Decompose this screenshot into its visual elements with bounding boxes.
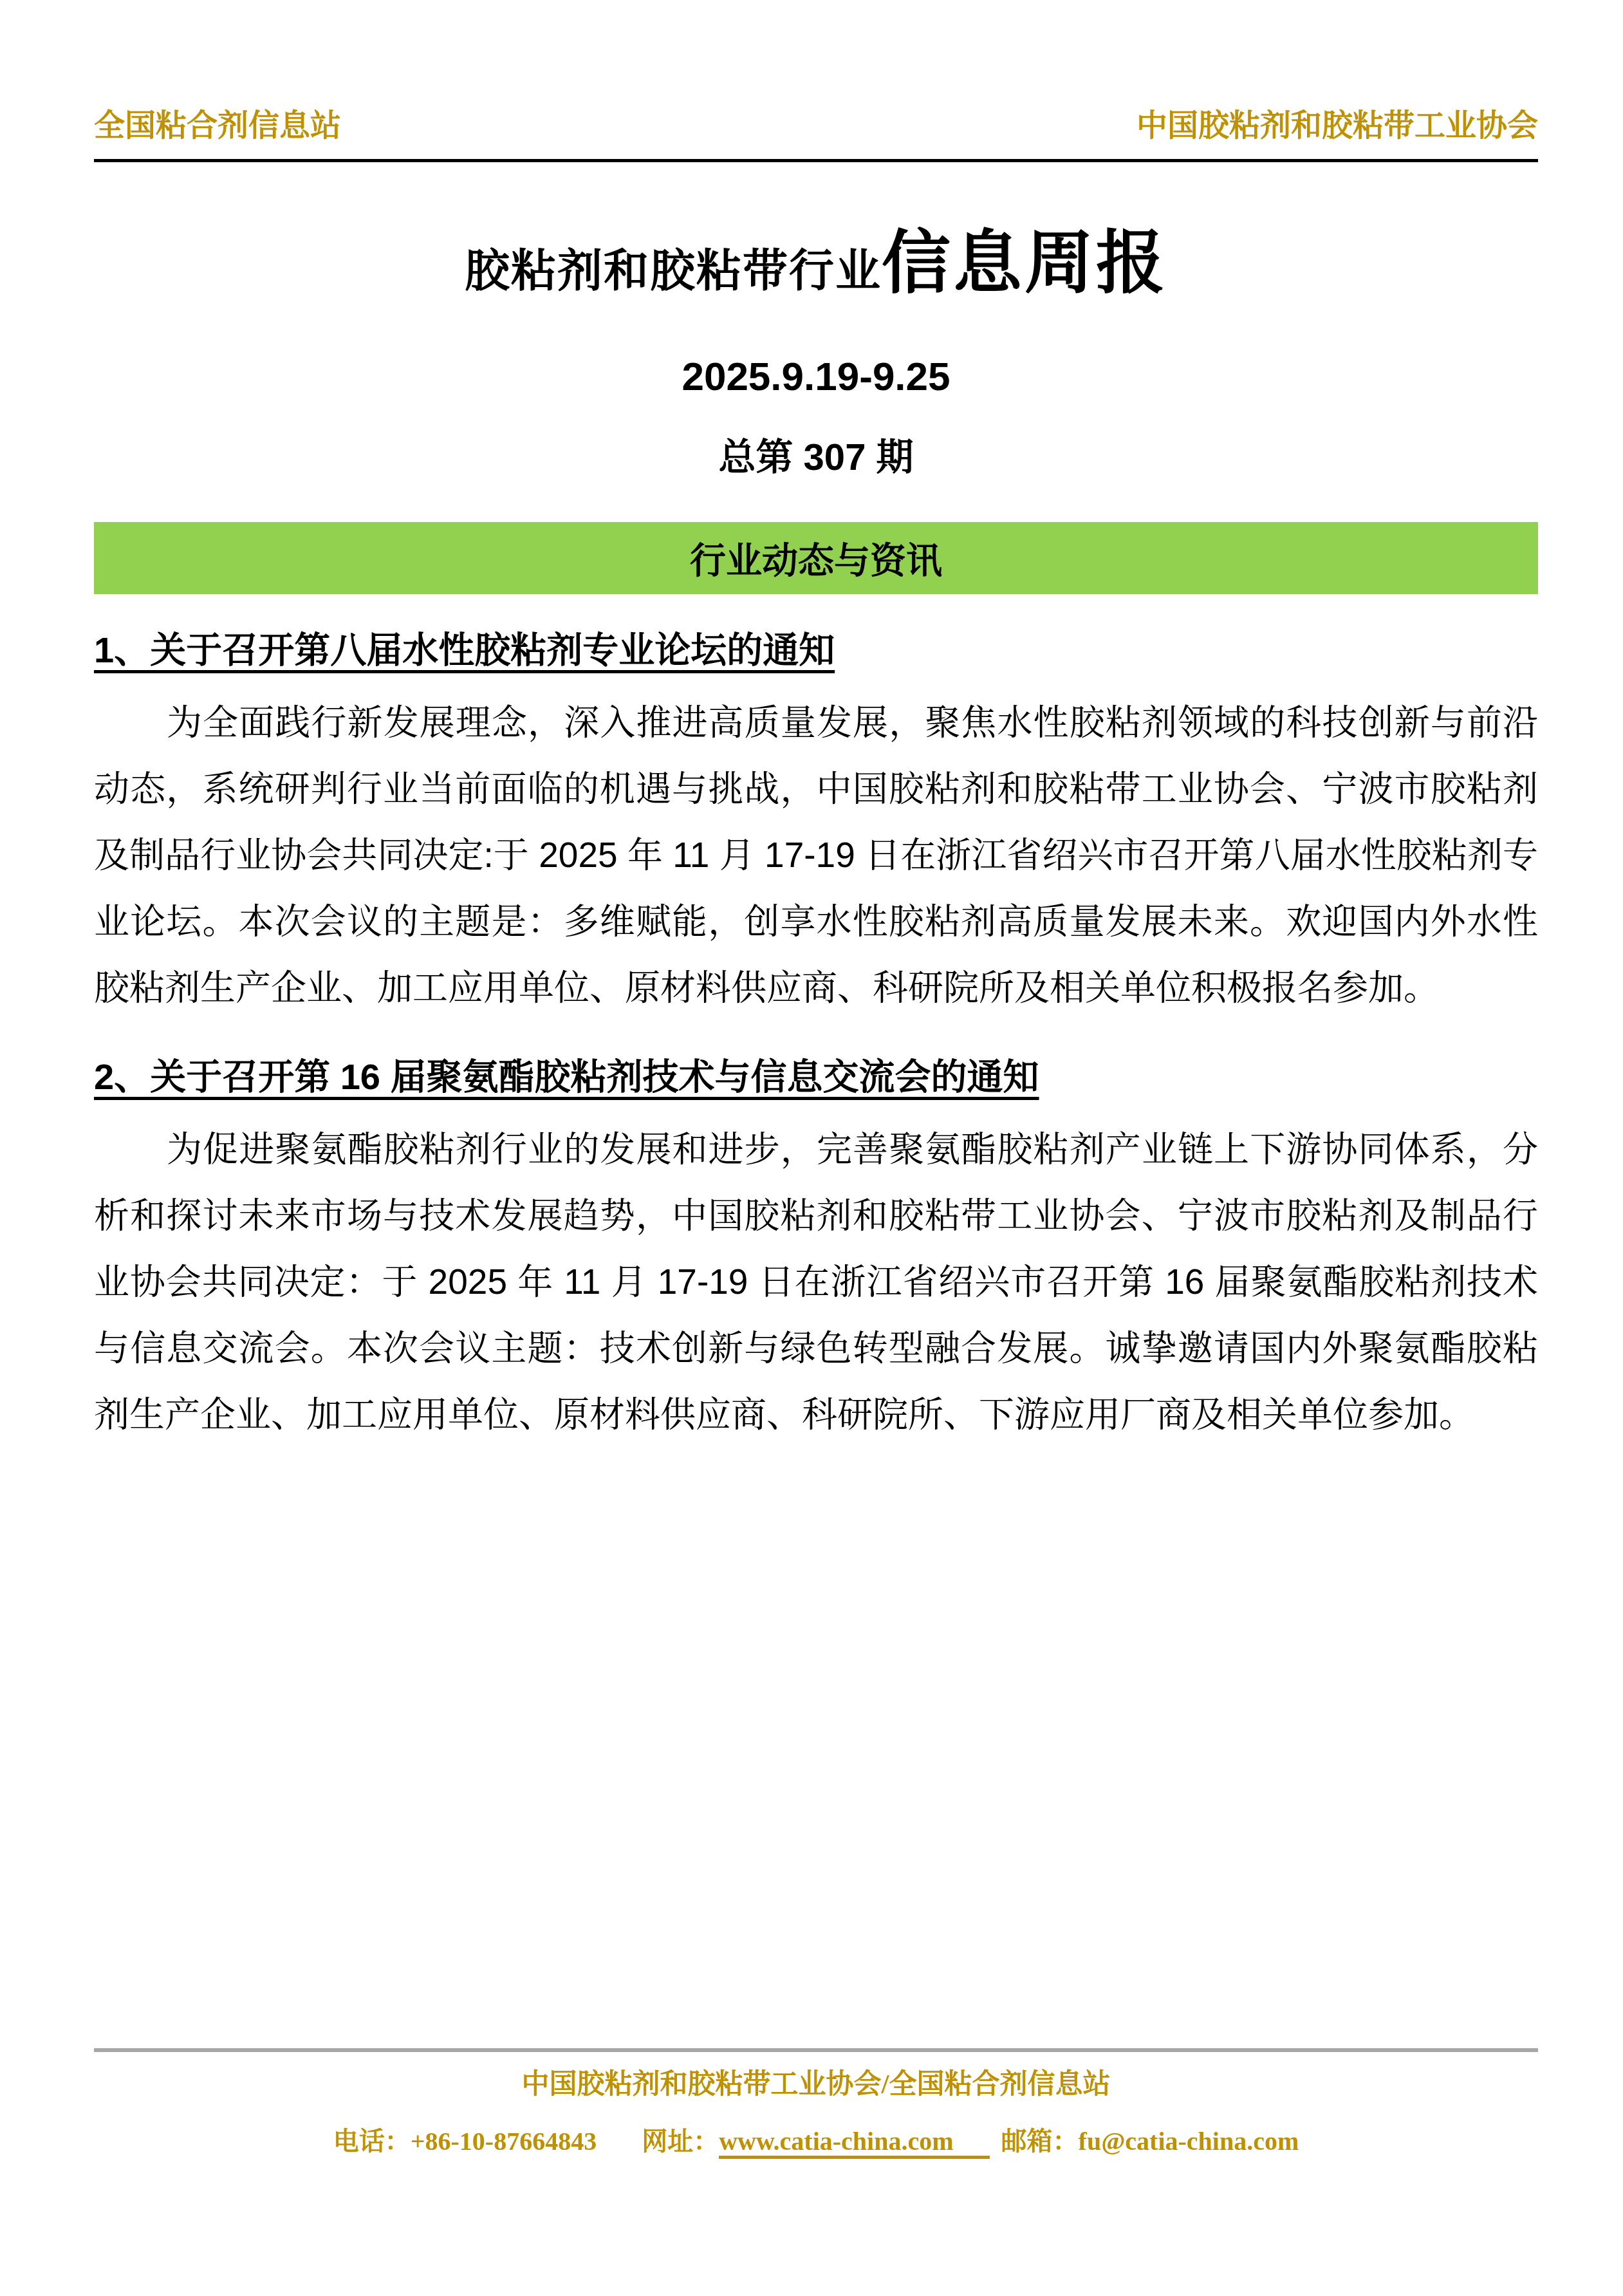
header-right-org: 中国胶粘剂和胶粘带工业协会	[1136, 108, 1538, 144]
website-link[interactable]: www.catia-china.com	[719, 2127, 989, 2159]
section-banner: 行业动态与资讯	[94, 522, 1538, 594]
article-2-heading: 2、关于召开第 16 届聚氨酯胶粘剂技术与信息交流会的通知	[94, 1054, 1538, 1099]
email-value: fu@catia-china.com	[1079, 2127, 1299, 2156]
footer-divider	[94, 2048, 1538, 2052]
page-footer: 中国胶粘剂和胶粘带工业协会/全国粘合剂信息站 电话：+86-10-8766484…	[94, 2048, 1538, 2158]
date-range: 2025.9.19-9.25	[94, 354, 1538, 400]
footer-org-line: 中国胶粘剂和胶粘带工业协会/全国粘合剂信息站	[94, 2062, 1538, 2102]
title-prefix: 胶粘剂和胶粘带行业	[465, 246, 882, 296]
article-1-heading: 1、关于召开第八届水性胶粘剂专业论坛的通知	[94, 628, 1538, 673]
page-header: 全国粘合剂信息站 中国胶粘剂和胶粘带工业协会	[94, 0, 1538, 162]
section-banner-label: 行业动态与资讯	[690, 532, 942, 584]
newsletter-page: 全国粘合剂信息站 中国胶粘剂和胶粘带工业协会 胶粘剂和胶粘带行业信息周报 202…	[0, 0, 1623, 2296]
article-2-body: 为促进聚氨酯胶粘剂行业的发展和进步，完善聚氨酯胶粘剂产业链上下游协同体系，分析和…	[94, 1116, 1538, 1448]
header-left-org: 全国粘合剂信息站	[94, 108, 341, 144]
footer-contact-line: 电话：+86-10-87664843网址：www.catia-china.com…	[94, 2121, 1538, 2158]
email-label: 邮箱：	[1001, 2127, 1079, 2156]
article-1-body: 为全面践行新发展理念，深入推进高质量发展，聚焦水性胶粘剂领域的科技创新与前沿动态…	[94, 689, 1538, 1021]
article-1: 1、关于召开第八届水性胶粘剂专业论坛的通知 为全面践行新发展理念，深入推进高质量…	[94, 628, 1538, 1021]
phone-label: 电话：	[333, 2127, 411, 2156]
title-main: 信息周报	[882, 224, 1167, 301]
article-2: 2、关于召开第 16 届聚氨酯胶粘剂技术与信息交流会的通知 为促进聚氨酯胶粘剂行…	[94, 1054, 1538, 1448]
phone-value: +86-10-87664843	[411, 2127, 597, 2156]
issue-number: 总第 307 期	[94, 427, 1538, 481]
newsletter-title: 胶粘剂和胶粘带行业信息周报	[94, 207, 1538, 306]
web-label: 网址：	[642, 2127, 719, 2156]
